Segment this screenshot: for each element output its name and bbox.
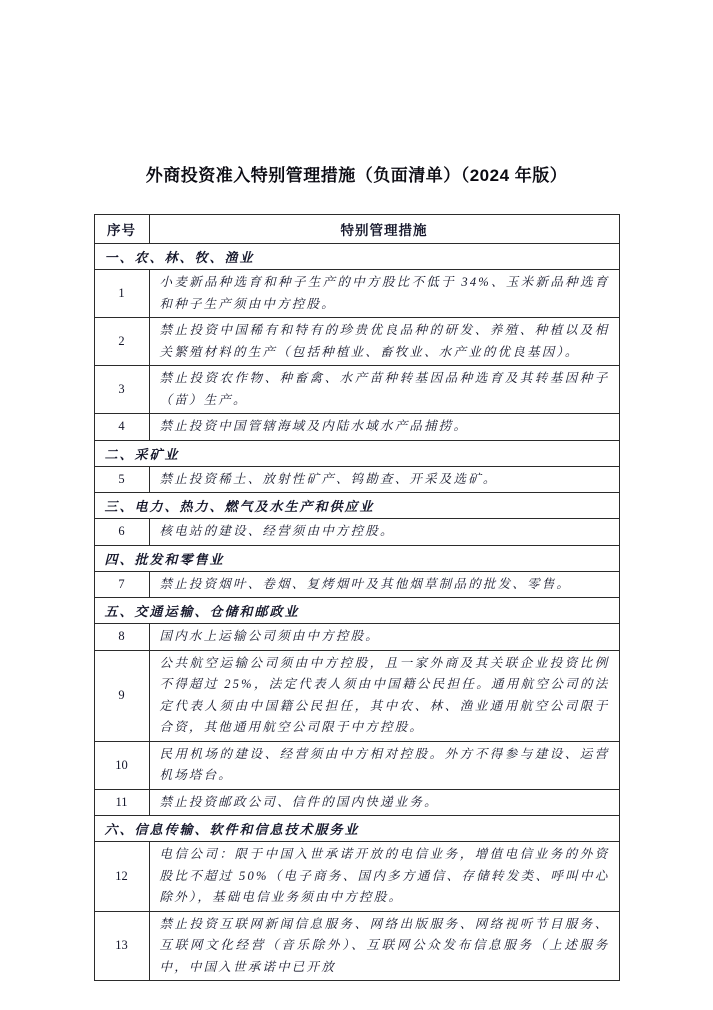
industry-section-label: 一、农、林、牧、渔业 (94, 244, 619, 270)
measure-number-cell: 4 (94, 414, 149, 441)
industry-section-row: 六、信息传输、软件和信息技术服务业 (94, 816, 619, 842)
measure-text-cell: 公共航空运输公司须由中方控股，且一家外商及其关联企业投资比例不得超过 25%，法… (149, 650, 619, 741)
measure-text-cell: 禁止投资稀土、放射性矿产、钨勘查、开采及选矿。 (149, 466, 619, 493)
document-page: 外商投资准入特别管理措施（负面清单）（2024 年版） 序号 特别管理措施 一、… (0, 0, 713, 1010)
measure-row: 8 国内水上运输公司须由中方控股。 (94, 624, 619, 651)
industry-section-label: 二、采矿业 (94, 440, 619, 466)
measure-text-cell: 禁止投资农作物、种畜禽、水产苗种转基因品种选育及其转基因种子（苗）生产。 (149, 366, 619, 414)
measure-row: 5 禁止投资稀土、放射性矿产、钨勘查、开采及选矿。 (94, 466, 619, 493)
industry-section-row: 三、电力、热力、燃气及水生产和供应业 (94, 493, 619, 519)
industry-section-row: 一、农、林、牧、渔业 (94, 244, 619, 270)
measure-number-cell: 10 (94, 741, 149, 789)
industry-section-row: 四、批发和零售业 (94, 545, 619, 571)
negative-list-table: 序号 特别管理措施 一、农、林、牧、渔业 1 小麦新品种选育和种子生产的中方股比… (94, 214, 620, 981)
measure-text-cell: 禁止投资中国稀有和特有的珍贵优良品种的研发、养殖、种植以及相关繁殖材料的生产（包… (149, 318, 619, 366)
table-header-row: 序号 特别管理措施 (94, 215, 619, 244)
measure-row: 10 民用机场的建设、经营须由中方相对控股。外方不得参与建设、运营机场塔台。 (94, 741, 619, 789)
industry-section-row: 五、交通运输、仓储和邮政业 (94, 598, 619, 624)
industry-section-row: 二、采矿业 (94, 440, 619, 466)
measure-number-cell: 1 (94, 270, 149, 318)
measure-number-cell: 8 (94, 624, 149, 651)
measure-number-cell: 13 (94, 911, 149, 981)
measure-number-cell: 11 (94, 789, 149, 816)
industry-section-label: 四、批发和零售业 (94, 545, 619, 571)
measure-text-cell: 核电站的建设、经营须由中方控股。 (149, 519, 619, 546)
measure-text-cell: 禁止投资烟叶、卷烟、复烤烟叶及其他烟草制品的批发、零售。 (149, 571, 619, 598)
table-body: 一、农、林、牧、渔业 1 小麦新品种选育和种子生产的中方股比不低于 34%、玉米… (94, 244, 619, 981)
industry-section-label: 六、信息传输、软件和信息技术服务业 (94, 816, 619, 842)
measure-number-cell: 2 (94, 318, 149, 366)
document-title: 外商投资准入特别管理措施（负面清单）（2024 年版） (0, 163, 713, 189)
measure-text-cell: 民用机场的建设、经营须由中方相对控股。外方不得参与建设、运营机场塔台。 (149, 741, 619, 789)
measure-number-cell: 9 (94, 650, 149, 741)
industry-section-label: 三、电力、热力、燃气及水生产和供应业 (94, 493, 619, 519)
measure-row: 13 禁止投资互联网新闻信息服务、网络出版服务、网络视听节目服务、互联网文化经营… (94, 911, 619, 981)
measure-text-cell: 禁止投资邮政公司、信件的国内快递业务。 (149, 789, 619, 816)
measure-number-cell: 12 (94, 842, 149, 912)
measure-row: 1 小麦新品种选育和种子生产的中方股比不低于 34%、玉米新品种选育和种子生产须… (94, 270, 619, 318)
measure-number-cell: 7 (94, 571, 149, 598)
measure-row: 11 禁止投资邮政公司、信件的国内快递业务。 (94, 789, 619, 816)
header-serial-number: 序号 (94, 215, 149, 244)
measure-row: 12 电信公司：限于中国入世承诺开放的电信业务，增值电信业务的外资股比不超过 5… (94, 842, 619, 912)
measure-row: 3 禁止投资农作物、种畜禽、水产苗种转基因品种选育及其转基因种子（苗）生产。 (94, 366, 619, 414)
measure-text-cell: 国内水上运输公司须由中方控股。 (149, 624, 619, 651)
measure-text-cell: 电信公司：限于中国入世承诺开放的电信业务，增值电信业务的外资股比不超过 50%（… (149, 842, 619, 912)
measure-text-cell: 小麦新品种选育和种子生产的中方股比不低于 34%、玉米新品种选育和种子生产须由中… (149, 270, 619, 318)
header-special-measures: 特别管理措施 (149, 215, 619, 244)
measure-row: 7 禁止投资烟叶、卷烟、复烤烟叶及其他烟草制品的批发、零售。 (94, 571, 619, 598)
measure-text-cell: 禁止投资互联网新闻信息服务、网络出版服务、网络视听节目服务、互联网文化经营（音乐… (149, 911, 619, 981)
measure-row: 6 核电站的建设、经营须由中方控股。 (94, 519, 619, 546)
measure-number-cell: 3 (94, 366, 149, 414)
measure-number-cell: 6 (94, 519, 149, 546)
measure-text-cell: 禁止投资中国管辖海域及内陆水域水产品捕捞。 (149, 414, 619, 441)
measure-number-cell: 5 (94, 466, 149, 493)
measure-row: 2 禁止投资中国稀有和特有的珍贵优良品种的研发、养殖、种植以及相关繁殖材料的生产… (94, 318, 619, 366)
measure-row: 4 禁止投资中国管辖海域及内陆水域水产品捕捞。 (94, 414, 619, 441)
measure-row: 9 公共航空运输公司须由中方控股，且一家外商及其关联企业投资比例不得超过 25%… (94, 650, 619, 741)
industry-section-label: 五、交通运输、仓储和邮政业 (94, 598, 619, 624)
